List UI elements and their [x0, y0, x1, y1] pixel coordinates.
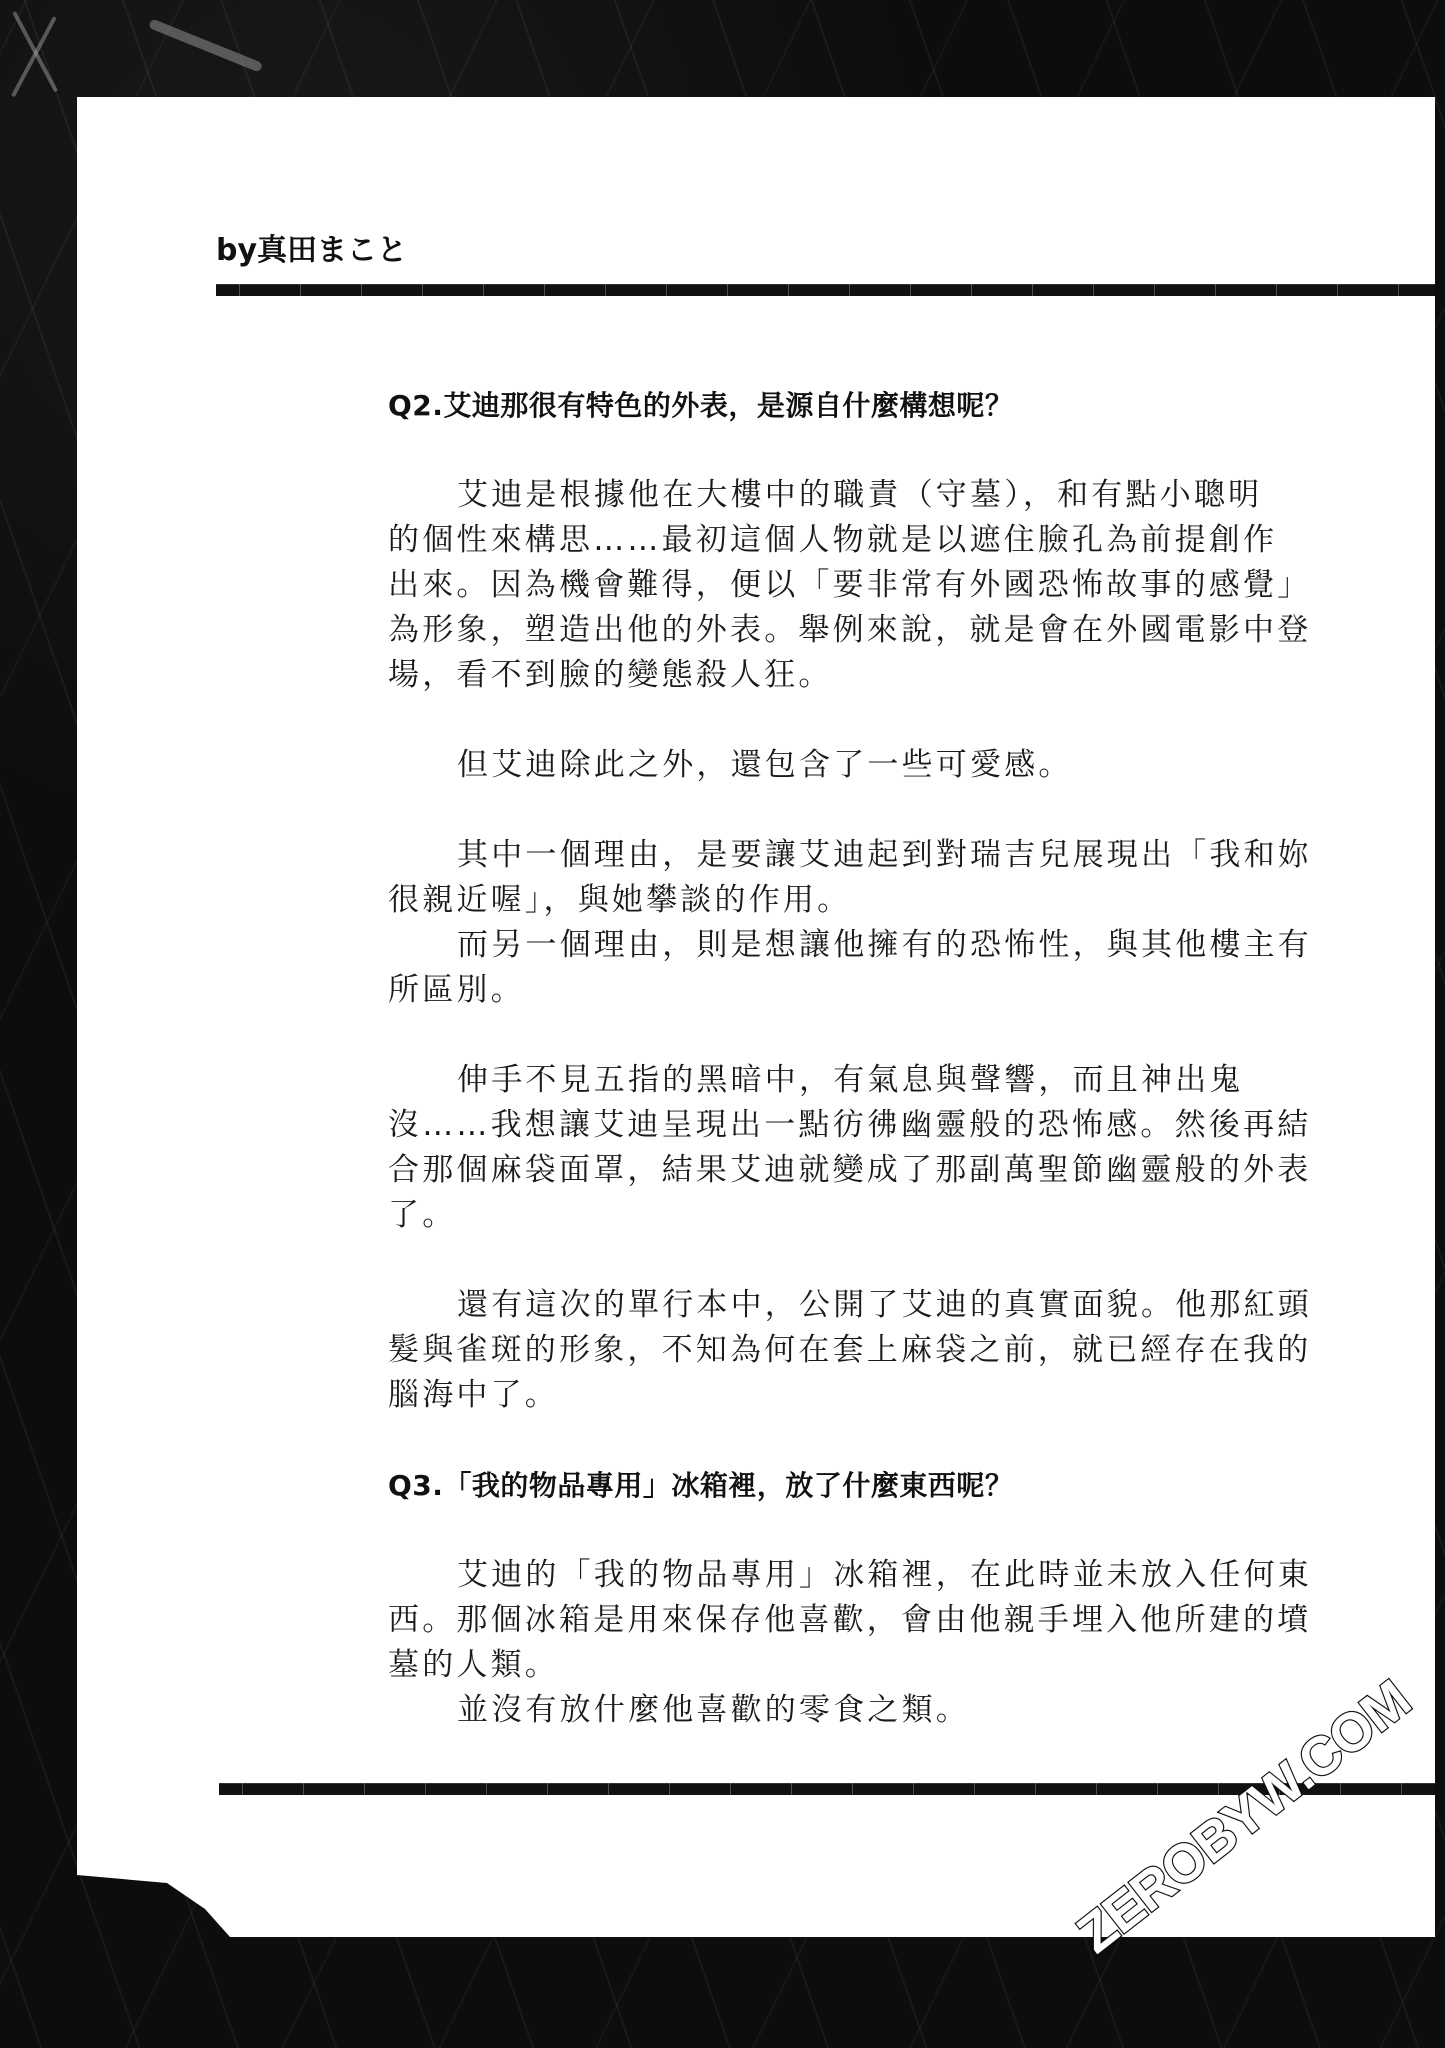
paragraph-line: 合那個麻袋面罩，結果艾迪就變成了那副萬聖節幽靈般的外表	[388, 1148, 1311, 1193]
question-heading-q3: Q3.「我的物品專用」冰箱裡，放了什麼東西呢？	[388, 1463, 1013, 1508]
paragraph-line: 出來。因為機會難得，便以「要非常有外國恐怖故事的感覺」	[388, 563, 1311, 608]
paper-page	[77, 97, 1435, 1937]
author-byline: by真田まこと	[216, 232, 407, 270]
paragraph-line: 場，看不到臉的變態殺人狂。	[388, 653, 833, 698]
paragraph-line: 西。那個冰箱是用來保存他喜歡，會由他親手埋入他所建的墳	[388, 1598, 1311, 1643]
paragraph-line: 並沒有放什麼他喜歡的零食之類。	[457, 1688, 970, 1733]
paragraph-line: 沒……我想讓艾迪呈現出一點彷彿幽靈般的恐怖感。然後再結	[388, 1103, 1311, 1148]
paragraph-line: 髮與雀斑的形象，不知為何在套上麻袋之前，就已經存在我的	[388, 1328, 1311, 1373]
paragraph-line: 所區別。	[388, 968, 525, 1013]
paragraph-line: 還有這次的單行本中，公開了艾迪的真實面貌。他那紅頭	[457, 1283, 1312, 1328]
paragraph-line: 很親近喔」，與她攀談的作用。	[388, 878, 851, 923]
paragraph-line: 腦海中了。	[388, 1373, 559, 1418]
question-heading-q2: Q2.艾迪那很有特色的外表，是源自什麼構想呢？	[388, 383, 1013, 428]
paragraph-line: 其中一個理由，是要讓艾迪起到對瑞吉兒展現出「我和妳	[457, 833, 1312, 878]
paragraph-line: 的個性來構思……最初這個人物就是以遮住臉孔為前提創作	[388, 518, 1277, 563]
paragraph-line: 但艾迪除此之外，還包含了一些可愛感。	[457, 743, 1073, 788]
paragraph-line: 艾迪是根據他在大樓中的職責（守墓），和有點小聰明	[457, 473, 1262, 518]
top-divider-rule	[216, 284, 1435, 296]
paragraph-line: 伸手不見五指的黑暗中，有氣息與聲響，而且神出鬼	[457, 1058, 1244, 1103]
paragraph-line: 了。	[388, 1193, 456, 1238]
paragraph-line: 艾迪的「我的物品專用」冰箱裡，在此時並未放入任何東	[457, 1553, 1312, 1598]
paragraph-line: 為形象，塑造出他的外表。舉例來說，就是會在外國電影中登	[388, 608, 1311, 653]
paragraph-line: 而另一個理由，則是想讓他擁有的恐怖性，與其他樓主有	[457, 923, 1312, 968]
paragraph-line: 墓的人類。	[388, 1643, 559, 1688]
